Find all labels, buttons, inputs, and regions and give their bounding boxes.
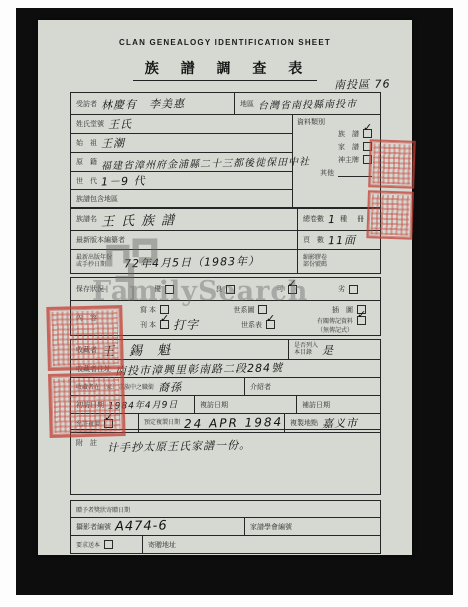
- condition-option-fair: 可 ✓: [277, 284, 297, 294]
- row-coverage: 族譜包含地區: [71, 190, 292, 208]
- origin-value: 福建省漳州府金浦縣二十三都後徙保田中社: [101, 152, 310, 171]
- bio-checkmark: ✓: [357, 309, 366, 320]
- copy-place-label: 複製地點: [290, 418, 318, 428]
- ancestor-label: 始 祖: [76, 138, 97, 148]
- condition-content-table: 保存狀況 優 良 可 ✓ 劣: [70, 277, 381, 336]
- condition-label-cell: 保存狀況: [71, 278, 134, 300]
- printed-note: 打字: [173, 316, 199, 334]
- row-collector-name: 收藏者 王 錫 魁 是否列入 本目錄 是: [71, 340, 380, 359]
- ancestor-value: 王潮: [101, 135, 125, 151]
- photographer-cell: 攝影者編號 A474-6: [71, 518, 244, 535]
- introducer-label: 介紹者: [250, 382, 271, 392]
- award-label: 贈予者獎狀寄贈日期: [76, 505, 130, 514]
- good-checkbox: [226, 285, 235, 294]
- revisit-cell: 複訪日期: [194, 396, 296, 413]
- row-compiler: 最新版本編纂者 頁 數 11面: [71, 230, 380, 249]
- basic-info-table: 受訪者 林慶有 李美惠 地區 台灣省南投縣南投市 姓氏堂號 王氏: [70, 92, 381, 209]
- jiapu-label: 家 譜: [338, 142, 359, 152]
- bio-checkbox: ✓: [357, 316, 366, 325]
- volumes-label: 總卷數: [303, 214, 324, 224]
- row-photographer: 攝影者編號 A474-6 家譜學會編號: [71, 517, 380, 535]
- pages-value: 11面: [328, 232, 356, 249]
- bio-subnote: （無傳記式）: [317, 325, 353, 334]
- society-cell: 家譜學會編號: [244, 518, 380, 535]
- book-info-table: 族譜名 王氏族譜 總卷數 1 種 冊 最新版本編纂者 頁 數 11面: [70, 207, 381, 274]
- row-collector-address: 收藏者住址 南投市漳興里彰南路二段284號: [71, 359, 380, 377]
- tablet-label: 神主牌: [338, 155, 359, 165]
- permission-checkmark: ✓: [104, 412, 113, 423]
- collector-table: 收藏者 王 錫 魁 是否列入 本目錄 是 收藏者住址 南投市漳興里彰南路二段28…: [70, 339, 381, 433]
- photographer-label: 攝影者編號: [76, 522, 111, 532]
- generations-value: 1－9 代: [101, 172, 146, 189]
- row-generations: 世 代 1－9 代: [71, 172, 292, 190]
- region-value: 台灣省南投縣南投市: [258, 95, 357, 112]
- table-option-checkbox: ✓: [266, 320, 275, 329]
- bio-label: 有關傳記資料: [317, 316, 353, 325]
- coverage-label: 族譜包含地區: [76, 194, 118, 204]
- interviewee-value: 林慶有 李美惠: [101, 95, 185, 113]
- microfilm-label: 縮影膠卷 部份號碼: [303, 255, 327, 268]
- request-copy-checkbox: [104, 540, 113, 549]
- scanned-form-paper: CLAN GENEALOGY IDENTIFICATION SHEET 族 譜 …: [38, 20, 412, 555]
- row-origin: 原 籍 福建省漳州府金浦縣二十三都後徙保田中社: [71, 153, 292, 172]
- ancestor-cell: 始 祖 王潮: [71, 134, 125, 152]
- permission-label: 允許複製: [76, 419, 100, 428]
- category-option-jiapu: 家 譜: [293, 140, 380, 153]
- photographer-value: A474-6: [115, 518, 168, 534]
- row-collector-position: 收藏者在〔家〕宗族中之職銜 裔孫 介紹者: [71, 377, 380, 395]
- compiler-label: 最新版本編纂者: [76, 235, 125, 245]
- region-cell: 地區 台灣省南投縣南投市: [234, 93, 380, 114]
- other-blank-line: [338, 168, 372, 177]
- introducer-cell: 介紹者: [244, 378, 380, 395]
- content-label: 內 容: [76, 313, 97, 323]
- chart-label: 世系圖: [233, 305, 254, 315]
- bio-label-stack: 有關傳記資料 （無傳記式）: [317, 316, 353, 334]
- excellent-checkbox: [165, 285, 174, 294]
- revisit-label: 複訪日期: [200, 400, 228, 410]
- basic-body: 姓氏堂號 王氏 始 祖 王潮 原 籍 福建省漳州府金浦縣二十三都後徙: [71, 114, 380, 208]
- region-label: 地區: [240, 99, 254, 109]
- fair-label: 可: [277, 284, 284, 294]
- content-row2: 刊 本 ✓ 打字 世系表 ✓ 有關傳記資料 （無傳記式）: [140, 316, 366, 333]
- mailing-label: 寄贈地址: [148, 540, 176, 550]
- printed-label: 刊 本: [140, 320, 156, 330]
- collector-address-cell: 收藏者住址 南投市漳興里彰南路二段284號: [71, 360, 380, 377]
- mailing-cell: 寄贈地址: [142, 536, 380, 553]
- collector-position-label: 收藏者在〔家〕宗族中之職銜: [76, 382, 154, 391]
- collector-name-cell: 收藏者 王 錫 魁: [71, 340, 288, 359]
- form-title-chinese: 族 譜 調 查 表: [133, 58, 318, 81]
- content-chart: 世系圖: [233, 305, 267, 315]
- collector-name-label: 收藏者: [76, 345, 97, 355]
- content-row1: 寫 本 世系圖 插 圖: [140, 303, 366, 316]
- manuscript-label: 寫 本: [140, 305, 156, 315]
- content-label-cell: 內 容: [71, 301, 134, 335]
- generations-cell: 世 代 1－9 代: [71, 172, 146, 189]
- listed-label: 是否列入 本目錄: [294, 343, 318, 356]
- collector-name-value: 王 錫 魁: [101, 339, 171, 359]
- pubdate-cell: 最新出版年份 或手抄日期 72年4月5日（1983年）: [71, 250, 297, 273]
- book-title-value: 王氏族譜: [101, 209, 181, 230]
- surname-value: 王氏: [108, 116, 132, 132]
- fair-checkbox: ✓: [288, 285, 297, 294]
- content-bio: 有關傳記資料 （無傳記式） ✓: [317, 316, 366, 334]
- society-label: 家譜學會編號: [250, 522, 292, 532]
- volumes-cell: 總卷數 1 種 冊: [297, 208, 380, 230]
- listed-cell: 是否列入 本目錄 是: [288, 340, 380, 359]
- row-condition: 保存狀況 優 良 可 ✓ 劣: [71, 278, 380, 300]
- condition-label: 保存狀況: [76, 284, 104, 294]
- photo-black-background: CLAN GENEALOGY IDENTIFICATION SHEET 族 譜 …: [16, 8, 453, 595]
- surname-label: 姓氏堂號: [76, 119, 104, 129]
- first-visit-cell: 初訪日期 1984年4月9日: [71, 396, 194, 413]
- copy-date-label: 預定複製日期: [144, 420, 180, 427]
- tablet-checkbox: [363, 155, 372, 164]
- origin-label: 原 籍: [76, 157, 97, 167]
- poor-label: 劣: [338, 284, 345, 294]
- followup-label: 補訪日期: [302, 400, 330, 410]
- corner-handwritten-note: 南投區 76: [333, 75, 390, 92]
- illustration-label: 插 圖: [332, 305, 353, 315]
- request-copy-cell: 要求送本: [71, 536, 142, 553]
- pages-label: 頁 數: [303, 235, 324, 245]
- book-title-cell: 族譜名 王氏族譜: [71, 208, 297, 230]
- followup-cell: 補訪日期: [296, 396, 380, 413]
- surname-cell: 姓氏堂號 王氏: [71, 115, 132, 133]
- category-option-zupu: 族 譜 ✓: [293, 127, 380, 140]
- admin-table: 贈予者獎狀寄贈日期 攝影者編號 A474-6 家譜學會編號 要求送本: [70, 500, 381, 554]
- request-copy-label: 要求送本: [76, 540, 100, 549]
- listed-value: 是: [322, 341, 334, 357]
- condition-options: 優 良 可 ✓ 劣: [134, 278, 380, 300]
- volumes-unit1: 種: [340, 214, 347, 224]
- row-interviewee: 受訪者 林慶有 李美惠 地區 台灣省南投縣南投市: [71, 93, 380, 114]
- printed-checkmark: ✓: [160, 313, 169, 324]
- collector-address-label: 收藏者住址: [76, 364, 111, 374]
- zupu-checkbox: ✓: [363, 129, 372, 138]
- book-title-label: 族譜名: [76, 214, 97, 224]
- good-label: 良: [215, 284, 222, 294]
- zupu-checkmark: ✓: [363, 122, 372, 133]
- collector-position-cell: 收藏者在〔家〕宗族中之職銜 裔孫: [71, 378, 244, 395]
- generations-label: 世 代: [76, 176, 97, 186]
- pubdate-label: 最新出版年份 或手抄日期: [76, 255, 112, 268]
- collector-position-value: 裔孫: [158, 378, 182, 394]
- first-visit-label: 初訪日期: [76, 400, 104, 410]
- excellent-label: 優: [154, 284, 161, 294]
- compiler-cell: 最新版本編纂者: [71, 231, 297, 249]
- poor-checkbox: [349, 285, 358, 294]
- fair-checkmark: ✓: [288, 278, 297, 289]
- first-visit-value: 1984年4月9日: [108, 397, 179, 411]
- notes-label: 附 註: [76, 438, 97, 448]
- content-printed: 刊 本 ✓ 打字: [140, 316, 199, 333]
- content-options: 寫 本 世系圖 插 圖 刊: [134, 301, 380, 335]
- notes-box: 附 註 计手抄太原王氏家譜一份。: [70, 429, 381, 495]
- condition-option-poor: 劣: [338, 284, 358, 294]
- table-option-checkmark: ✓: [266, 313, 275, 324]
- row-pubdate: 最新出版年份 或手抄日期 72年4月5日（1983年） 縮影膠卷 部份號碼: [71, 249, 380, 273]
- jiapu-checkbox: [363, 142, 372, 151]
- microfilm-cell: 縮影膠卷 部份號碼: [297, 250, 380, 273]
- award-cell: 贈予者獎狀寄贈日期: [71, 501, 380, 517]
- coverage-cell: 族譜包含地區: [71, 190, 122, 208]
- row-surname: 姓氏堂號 王氏: [71, 115, 292, 134]
- row-ancestor: 始 祖 王潮: [71, 134, 292, 153]
- notes-cell: 附 註 计手抄太原王氏家譜一份。: [71, 430, 380, 502]
- table-option-label: 世系表: [241, 320, 262, 330]
- row-visit-dates: 初訪日期 1984年4月9日 複訪日期 補訪日期: [71, 395, 380, 413]
- category-option-other: 其他: [293, 166, 380, 179]
- row-request-copy: 要求送本 寄贈地址: [71, 535, 380, 553]
- row-content: 內 容 寫 本 世系圖 插 圖: [71, 300, 380, 335]
- volumes-unit2: 冊: [357, 214, 364, 224]
- interviewee-label: 受訪者: [76, 99, 97, 109]
- pages-cell: 頁 數 11面: [297, 231, 380, 249]
- condition-option-excellent: 優: [154, 284, 174, 294]
- collector-address-value: 南投市漳興里彰南路二段284號: [115, 359, 283, 379]
- row-award: 贈予者獎狀寄贈日期: [71, 501, 380, 517]
- pubdate-value: 72年4月5日（1983年）: [124, 252, 260, 271]
- interviewee-cell: 受訪者 林慶有 李美惠: [71, 93, 234, 114]
- row-book-title: 族譜名 王氏族譜 總卷數 1 種 冊: [71, 208, 380, 230]
- volumes-value: 1: [328, 212, 336, 225]
- basic-left-column: 姓氏堂號 王氏 始 祖 王潮 原 籍 福建省漳州府金浦縣二十三都後徙: [71, 115, 292, 208]
- permission-checkbox: ✓: [104, 419, 113, 428]
- content-table-option: 世系表 ✓: [241, 320, 275, 330]
- notes-value: 计手抄太原王氏家譜一份。: [107, 436, 251, 455]
- other-label: 其他: [320, 168, 334, 178]
- zupu-label: 族 譜: [338, 129, 359, 139]
- sheet-title-english: CLAN GENEALOGY IDENTIFICATION SHEET: [38, 38, 412, 47]
- origin-cell: 原 籍 福建省漳州府金浦縣二十三都後徙保田中社: [71, 153, 310, 171]
- printed-checkbox: ✓: [160, 320, 169, 329]
- condition-option-good: 良: [215, 284, 235, 294]
